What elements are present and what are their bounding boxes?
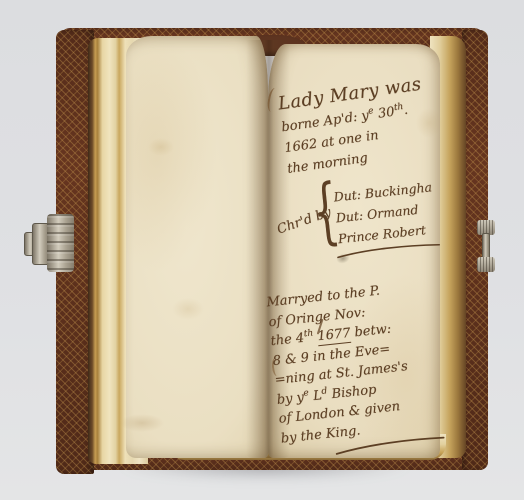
left-silver-clasp [24, 214, 76, 272]
foxing-spot [120, 414, 164, 432]
foxing-spot [416, 108, 442, 138]
right-clasp-fitting [477, 220, 495, 272]
foxing-spot [148, 138, 174, 156]
clasp-hinge-icon [47, 214, 74, 272]
almanac-photograph: Lady Mary was borne Ap'd: ye 30th. 1662 … [0, 0, 524, 500]
right-page [268, 44, 440, 458]
clasp-bar-icon [482, 233, 490, 259]
clasp-barrel-icon [477, 257, 495, 272]
left-page-blank [126, 36, 268, 458]
foxing-spot [172, 298, 204, 320]
